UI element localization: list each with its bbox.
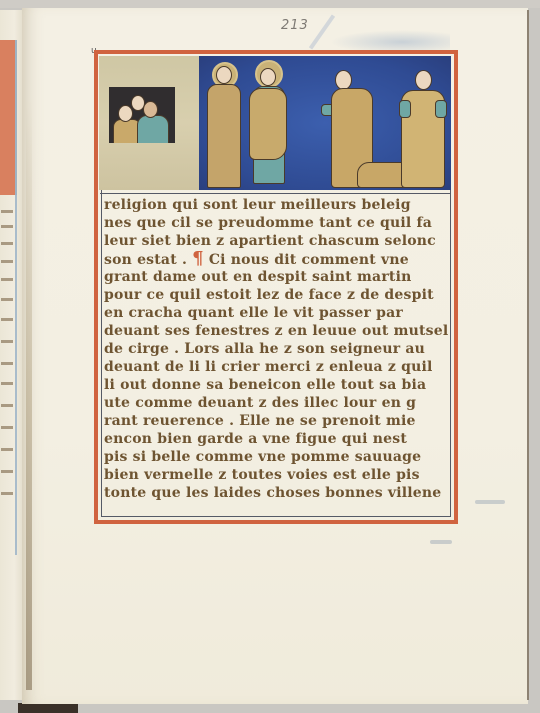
folio-number: 213 — [281, 18, 309, 33]
onlooker-robe — [137, 115, 169, 143]
woman-head — [335, 70, 352, 90]
window-with-onlookers — [109, 87, 175, 143]
text-line: grant dame out en despit saint martin — [104, 268, 411, 286]
rubric-paragraph-mark: ¶ — [192, 248, 204, 269]
pigment-bleed — [330, 30, 450, 50]
scan-background-top — [0, 0, 540, 8]
text-line: tonte que les laides choses bonnes ville… — [104, 484, 441, 502]
facing-page-ruling — [15, 195, 17, 555]
facing-page-text-fragment — [1, 242, 13, 245]
saint-head — [216, 66, 232, 84]
text-line: pis si belle comme vne pomme sauuage — [104, 448, 421, 466]
gutter-stain — [26, 100, 32, 690]
illuminated-miniature — [99, 56, 451, 190]
offset-smudge — [475, 500, 505, 504]
bishop-head — [260, 68, 276, 86]
facing-page-text-fragment — [1, 404, 13, 407]
text-line: leur siet bien z apartient chascum selon… — [104, 232, 436, 250]
woman-sleeve — [399, 100, 411, 118]
text-line: religion qui sont leur meilleurs beleig — [104, 196, 411, 214]
facing-page-text-fragment — [1, 448, 13, 451]
text-line-segment: Ci nous dit comment vne — [209, 252, 409, 268]
miniature-window-panel — [99, 56, 199, 190]
onlooker-head — [143, 101, 158, 118]
text-line: encon bien garde a vne figue qui nest — [104, 430, 407, 448]
text-line: en cracha quant elle le vit passer par — [104, 304, 403, 322]
text-line: pour ce quil estoit lez de face z de des… — [104, 286, 434, 304]
facing-page-text-fragment — [1, 260, 13, 263]
saint-robe — [207, 84, 241, 188]
onlooker-head — [118, 105, 133, 122]
facing-page-text-fragment — [1, 340, 13, 343]
woman-head — [415, 70, 432, 90]
bishop-cope — [249, 88, 287, 160]
folio-right-edge — [527, 10, 529, 700]
facing-page-text-fragment — [1, 470, 13, 473]
haloed-saint-figure — [205, 62, 245, 188]
text-line: nes que cil se preudomme tant ce quil fa — [104, 214, 432, 232]
mitred-bishop-figure — [249, 60, 289, 188]
text-line: ute comme deuant z des illec lour en g — [104, 394, 416, 412]
facing-page-text-fragment — [1, 382, 13, 385]
text-line-segment: son estat . — [104, 252, 187, 268]
praying-woman-figure — [395, 66, 455, 188]
facing-page-text-fragment — [1, 298, 13, 301]
text-line: son estat . ¶ Ci nous dit comment vne — [104, 250, 409, 269]
facing-page-miniature-edge — [0, 40, 17, 195]
text-line: bien vermelle z toutes voies est elle pi… — [104, 466, 420, 484]
miniature-blue-ground-scene — [199, 56, 451, 190]
facing-page-text-fragment — [1, 210, 13, 213]
offset-smudge — [430, 540, 452, 544]
text-line: de cirge . Lors alla he z son seigneur a… — [104, 340, 425, 358]
facing-page-text-fragment — [1, 278, 13, 281]
facing-page-text-fragment — [1, 362, 13, 365]
text-line: rant reuerence . Elle ne se prenoit mie — [104, 412, 416, 430]
facing-page-text-fragment — [1, 426, 13, 429]
text-line: deuant de li li crier merci z enleua z q… — [104, 358, 433, 376]
manuscript-text-column: religion qui sont leur meilleurs beleig … — [100, 193, 450, 519]
facing-page-text-fragment — [1, 492, 13, 495]
scan-background-bottom — [18, 703, 78, 713]
facing-page-text-fragment — [1, 318, 13, 321]
woman-sleeve — [435, 100, 447, 118]
text-line: deuant ses fenestres z en leuue out muts… — [104, 322, 448, 340]
text-line: li out donne sa beneicon elle tout sa bi… — [104, 376, 426, 394]
facing-page-text-fragment — [1, 225, 13, 228]
